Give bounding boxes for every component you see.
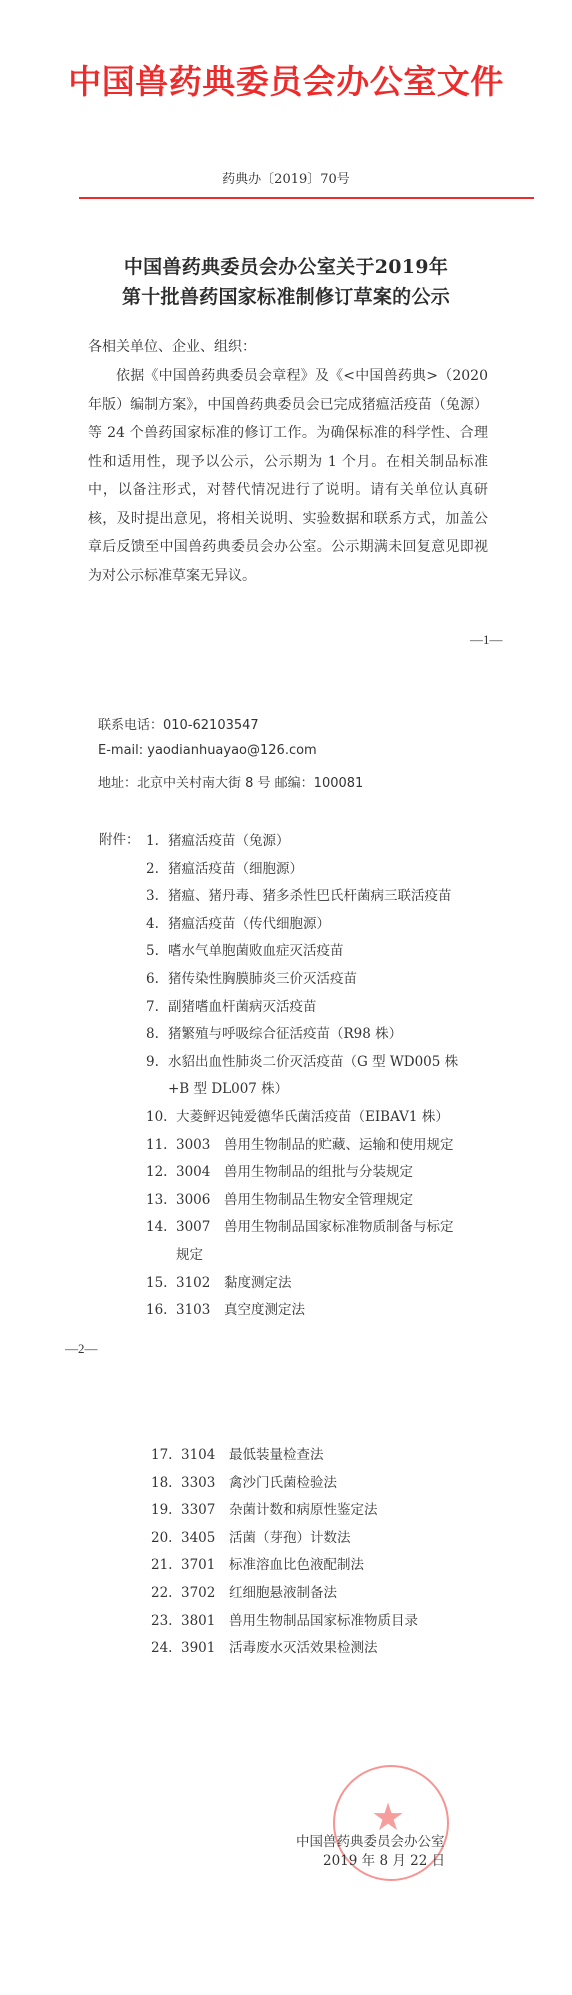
list-item: 3.猪瘟、猪丹毒、猪多杀性巴氏杆菌病三联活疫苗	[146, 883, 506, 911]
contact-phone: 联系电话：010-62103547	[98, 714, 259, 733]
list-item: 16.3103真空度测定法	[146, 1297, 506, 1325]
list-item: 5.嗜水气单胞菌败血症灭活疫苗	[146, 938, 506, 966]
list-item: 17.3104最低装量检查法	[151, 1442, 511, 1470]
page-number-2: —2—	[65, 1341, 98, 1357]
attachment-list-page3: 17.3104最低装量检查法 18.3303禽沙门氏菌检验法 19.3307杂菌…	[151, 1442, 511, 1663]
salutation: 各相关单位、企业、组织：	[88, 333, 488, 362]
attachments-label: 附件：	[99, 828, 140, 848]
attachment-list-page1: 1.猪瘟活疫苗（兔源） 2.猪瘟活疫苗（细胞源） 3.猪瘟、猪丹毒、猪多杀性巴氏…	[146, 828, 506, 1325]
list-item: 6.猪传染性胸膜肺炎三价灭活疫苗	[146, 966, 506, 994]
list-item: 15.3102黏度测定法	[146, 1270, 506, 1298]
signature-date: 2019 年 8 月 22 日	[323, 1849, 445, 1869]
notice-title-line1: 中国兽药典委员会办公室关于2019年	[0, 252, 572, 279]
list-item: 20.3405活菌（芽孢）计数法	[151, 1525, 511, 1553]
list-item: 1.猪瘟活疫苗（兔源）	[146, 828, 506, 856]
notice-title-line2: 第十批兽药国家标准制修订草案的公示	[0, 282, 572, 309]
red-divider	[79, 197, 534, 199]
contact-email: E-mail: yaodianhuayao@126.com	[98, 743, 317, 758]
list-item: 23.3801兽用生物制品国家标准物质目录	[151, 1608, 511, 1636]
list-item: 22.3702红细胞悬液制备法	[151, 1580, 511, 1608]
list-item: 24.3901活毒废水灭活效果检测法	[151, 1635, 511, 1663]
list-item: 14.3007兽用生物制品国家标准物质制备与标定	[146, 1214, 506, 1242]
document-number: 药典办〔2019〕70号	[0, 168, 572, 187]
list-item: 2.猪瘟活疫苗（细胞源）	[146, 856, 506, 884]
list-item: 10.大菱鲆迟钝爱德华氏菌活疫苗（EIBAV1 株）	[146, 1104, 506, 1132]
list-item: 18.3303禽沙门氏菌检验法	[151, 1470, 511, 1498]
page-number-1: —1—	[470, 632, 503, 648]
list-item: 9.水貂出血性肺炎二价灭活疫苗（G 型 WD005 株	[146, 1049, 506, 1077]
contact-address: 地址：北京中关村南大街 8 号 邮编：100081	[98, 772, 363, 791]
list-item-continuation: 规定	[146, 1242, 506, 1270]
list-item: 21.3701标准溶血比色液配制法	[151, 1552, 511, 1580]
list-item: 13.3006兽用生物制品生物安全管理规定	[146, 1187, 506, 1215]
list-item: 8.猪繁殖与呼吸综合征活疫苗（R98 株）	[146, 1021, 506, 1049]
list-item: 4.猪瘟活疫苗（传代细胞源）	[146, 911, 506, 939]
list-item: 19.3307杂菌计数和病原性鉴定法	[151, 1497, 511, 1525]
list-item: 11.3003兽用生物制品的贮藏、运输和使用规定	[146, 1132, 506, 1160]
signature-org: 中国兽药典委员会办公室	[296, 1830, 445, 1850]
issuer-title: 中国兽药典委员会办公室文件	[0, 56, 572, 103]
list-item: 7.副猪嗜血杆菌病灭活疫苗	[146, 994, 506, 1022]
list-item: 12.3004兽用生物制品的组批与分装规定	[146, 1159, 506, 1187]
list-item-continuation: +B 型 DL007 株）	[146, 1076, 506, 1104]
notice-body: 依据《中国兽药典委员会章程》及《<中国兽药典>（2020 年版）编制方案》，中国…	[88, 362, 488, 590]
